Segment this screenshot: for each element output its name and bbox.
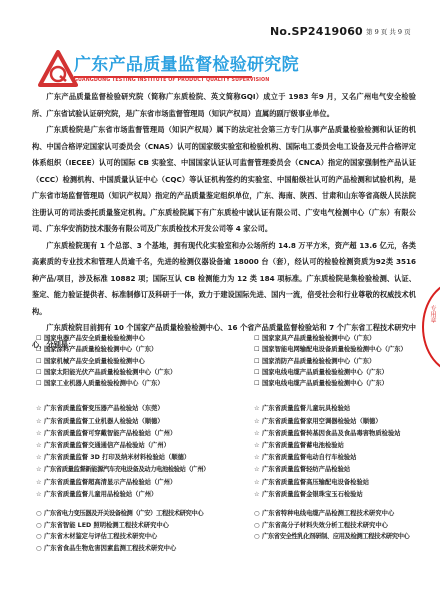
list-item: ☐国家智能电网输配电设备质量检验检测中心（广东） — [254, 344, 426, 355]
star-icon: ☆ — [36, 416, 44, 428]
list-item: ☐国家涂料产品质量检验检测中心（广东） — [36, 344, 254, 355]
list-item: ☆广东省质量监督可穿戴智能产品检验站（广州） — [36, 428, 254, 440]
intro-text: 广东产品质量监督检验研究院（简称广东质检院、英文简称GQI）成立于 1983 年… — [32, 89, 416, 353]
checkbox-icon: ☐ — [254, 333, 262, 344]
star-icon: ☆ — [36, 428, 44, 440]
list-item: ☆广东省质量监督家用空调器检验站（顺德） — [254, 416, 426, 428]
list-item: ☆广东省质量监督变压器产品检验站（东莞） — [36, 403, 254, 415]
provincial-stations-list: ☆广东省质量监督变压器产品检验站（东莞） ☆广东省质量监督工业机器人检验站（顺德… — [36, 403, 426, 501]
list-item: ○广东省智能 LED 照明检测工程技术研究中心 — [36, 520, 254, 532]
list-item: ☐国家机械产品安全质量检验检测中心 — [36, 356, 254, 367]
star-icon: ☆ — [254, 464, 262, 476]
report-number: No.SP2419060 — [270, 25, 363, 38]
list-item: ☆广东省质量监督工业机器人检验站（顺德） — [36, 416, 254, 428]
list-item: ○广东省电力变压器及开关设备检测（广安）工程技术研究中心 — [36, 508, 254, 520]
list-item: ☆广东省质量监督轻纺产品检验站 — [254, 464, 426, 476]
circle-icon: ○ — [254, 508, 262, 520]
list-item: ○广东省木材鉴定与评估工程技术研究中心 — [36, 531, 254, 543]
circle-icon: ○ — [36, 543, 44, 555]
engineering-centers-list: ○广东省电力变压器及开关设备检测（广安）工程技术研究中心 ○广东省智能 LED … — [36, 508, 426, 554]
institution-lists: ☐国家电器产品安全质量检验检测中心 ☐国家涂料产品质量检验检测中心（广东） ☐国… — [36, 333, 426, 554]
list-item: ☐国家电线电缆产品质量检验检测中心（广东） — [254, 367, 426, 378]
list-item: ☆广东省质量监督 3D 打印及纳米材料检验站（顺德） — [36, 452, 254, 464]
circle-icon: ○ — [254, 520, 262, 532]
institute-subtitle: GUANGDONG TESTING INSTITUTE OF PRODUCT Q… — [74, 78, 269, 83]
circle-icon: ○ — [36, 531, 44, 543]
list-item: ☐国家家具产品质量检验检测中心（广东） — [254, 333, 426, 344]
stamp-text: 专用章 — [428, 305, 437, 323]
star-icon: ☆ — [36, 403, 44, 415]
checkbox-icon: ☐ — [36, 333, 44, 344]
checkbox-icon: ☐ — [254, 378, 262, 389]
list-item: ○广东省高分子材料失效分析工程技术研究中心 — [254, 520, 426, 532]
star-icon: ☆ — [36, 489, 44, 501]
list-item: ☆广东省质量监督蓄电池检验站 — [254, 440, 426, 452]
gq-triangle-logo-icon — [38, 50, 78, 88]
star-icon: ☆ — [254, 489, 262, 501]
paragraph: 广东质检院是广东省市场监督管理局（知识产权局）属下的法定社会第三方专门从事产品质… — [32, 122, 416, 238]
list-item: ☆广东省质量监督电动自行车检验站 — [254, 452, 426, 464]
star-icon: ☆ — [254, 403, 262, 415]
page-indicator: 第 9 页 共 9 页 — [366, 27, 411, 36]
checkbox-icon: ☐ — [36, 378, 44, 389]
list-item: ☐国家太阳能光伏产品质量检验检测中心（广东） — [36, 367, 254, 378]
list-item: ☆广东省质量监督超高清显示产品检验站（广州） — [36, 477, 254, 489]
checkbox-icon: ☐ — [36, 344, 44, 355]
star-icon: ☆ — [254, 428, 262, 440]
list-item: ○广东省食品生物危害因素监测工程技术研究中心 — [36, 543, 254, 555]
paragraph: 广东产品质量监督检验研究院（简称广东质检院、英文简称GQI）成立于 1983 年… — [32, 89, 416, 122]
list-item: ☆广东省质量监督交通通信产品检验站（广州） — [36, 440, 254, 452]
list-item: ☆广东省质量监督转基因食品及食品毒害物质检验站 — [254, 428, 426, 440]
circle-icon: ○ — [36, 520, 44, 532]
star-icon: ☆ — [254, 416, 262, 428]
circle-icon: ○ — [36, 508, 44, 520]
list-item: ☆广东省质量监督新能源汽车充电设备及动力电池检验站（广州） — [36, 464, 254, 476]
checkbox-icon: ☐ — [254, 344, 262, 355]
star-icon: ☆ — [36, 452, 44, 464]
list-item: ☐国家电器产品安全质量检验检测中心 — [36, 333, 254, 344]
institute-title: 广东产品质量监督检验研究院 — [74, 50, 299, 75]
checkbox-icon: ☐ — [36, 367, 44, 378]
list-item: ☐国家消防产品质量检验检测中心（广东） — [254, 356, 426, 367]
star-icon: ☆ — [254, 440, 262, 452]
list-item: ○广东省安全性乳化剂研制、应用及检测工程技术研究中心 — [254, 531, 426, 543]
star-icon: ☆ — [36, 440, 44, 452]
list-item: ☆广东省质量监督高压输配电设备检验站 — [254, 477, 426, 489]
list-item: ☆广东省质量监督金银珠宝玉石检验站 — [254, 489, 426, 501]
list-item: ☐国家电线电缆产品质量检验检测中心（广东） — [254, 378, 426, 389]
checkbox-icon: ☐ — [254, 356, 262, 367]
star-icon: ☆ — [36, 464, 44, 476]
checkbox-icon: ☐ — [36, 356, 44, 367]
star-icon: ☆ — [36, 477, 44, 489]
national-centers-list: ☐国家电器产品安全质量检验检测中心 ☐国家涂料产品质量检验检测中心（广东） ☐国… — [36, 333, 426, 389]
list-item: ☐国家工业机器人质量检验检测中心（广东） — [36, 378, 254, 389]
paragraph: 广东质检院现有 1 个总部、3 个基地，拥有现代化实验室和办公场所约 14.8 … — [32, 238, 416, 321]
star-icon: ☆ — [254, 477, 262, 489]
circle-icon: ○ — [254, 531, 262, 543]
list-item: ○广东省特种电线电缆产品检测工程技术研究中心 — [254, 508, 426, 520]
star-icon: ☆ — [254, 452, 262, 464]
list-item: ☆广东省质量监督儿童玩具检验站 — [254, 403, 426, 415]
checkbox-icon: ☐ — [254, 367, 262, 378]
list-item: ☆广东省质量监督儿童用品检验站（广州） — [36, 489, 254, 501]
